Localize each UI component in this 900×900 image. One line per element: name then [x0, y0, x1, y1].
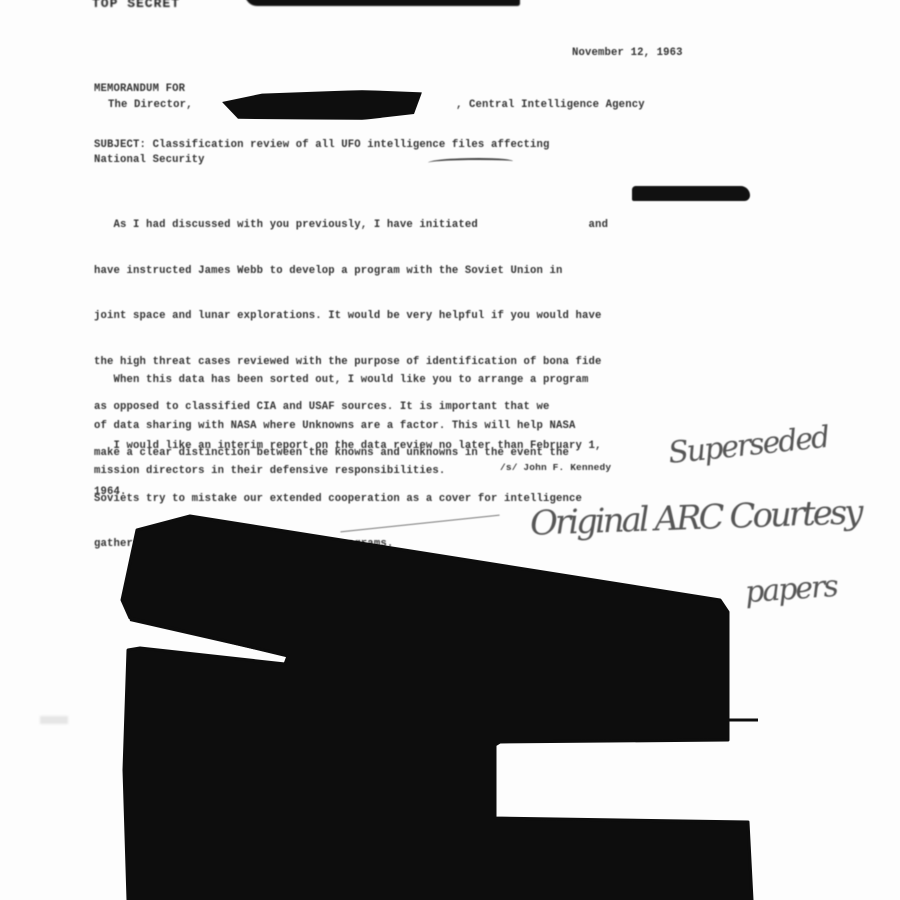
scanned-memo-page: TOP SECRET November 12, 1963 MEMORANDUM … — [0, 0, 900, 900]
scan-artifact — [40, 716, 68, 724]
lower-page-redaction — [0, 0, 900, 900]
